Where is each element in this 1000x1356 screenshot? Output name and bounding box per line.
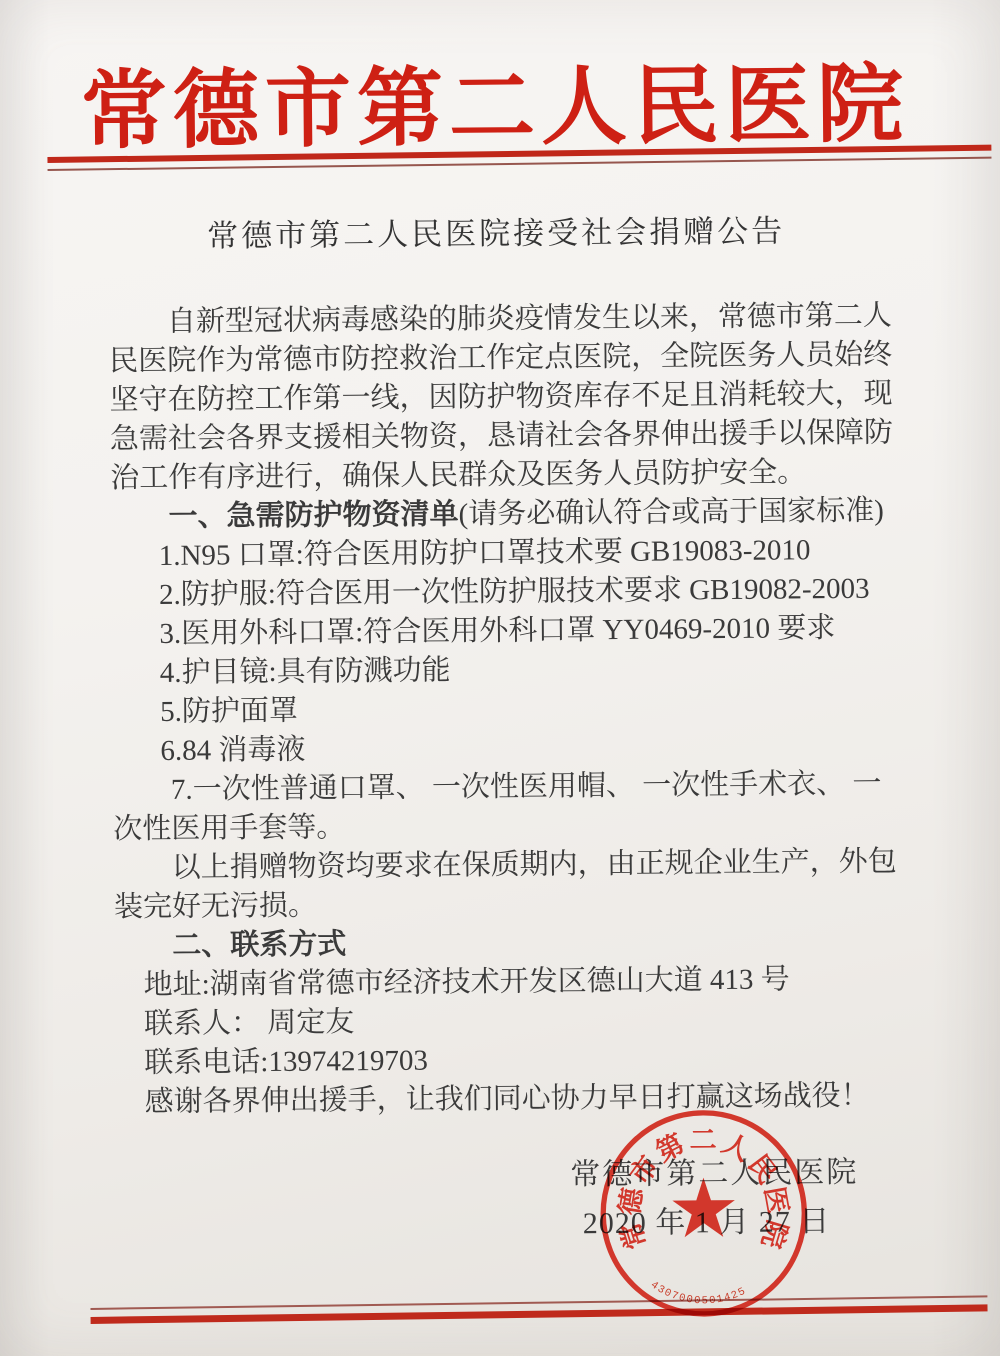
- quality-note-paragraph: 以上捐赠物资均要求在保质期内，由正规企业生产，外包装完好无污损。: [113, 843, 900, 928]
- contact-person: 联系人： 周定友: [115, 999, 901, 1045]
- supplies-heading-note: (请务必确认符合或高于国家标准): [458, 495, 884, 531]
- supply-item-goggles: 4.护目镜:具有防溅功能: [112, 648, 898, 694]
- intro-paragraph: 自新型冠状病毒感染的肺炎疫情发生以来，常德市第二人民医院作为常德市防控救治工作定…: [109, 297, 897, 499]
- svg-text:二: 二: [689, 1125, 716, 1155]
- supplies-heading-text: 一、急需防护物资清单: [168, 498, 458, 533]
- supply-item-disinfectant: 6.84 消毒液: [112, 726, 898, 772]
- supply-item-surgical-mask: 3.医用外科口罩:符合医用外科口罩 YY0469-2010 要求: [111, 609, 897, 655]
- document-content: 常德市第二人民医院 常德市第二人民医院接受社会捐赠公告 自新型冠状病毒感染的肺炎…: [0, 0, 1000, 1356]
- supply-item-disposables: 7.一次性普通口罩、 一次性医用帽、 一次性手术衣、 一次性医用手套等。: [113, 765, 900, 850]
- supplies-section-heading: 一、急需防护物资清单(请务必确认符合或高于国家标准): [110, 492, 896, 538]
- svg-text:德: 德: [614, 1185, 648, 1217]
- svg-text:民: 民: [742, 1149, 782, 1189]
- announcement-body: 自新型冠状病毒感染的肺炎疫情发生以来，常德市第二人民医院作为常德市防控救治工作定…: [109, 297, 902, 1123]
- svg-text:第: 第: [651, 1129, 689, 1168]
- svg-text:医: 医: [759, 1184, 793, 1216]
- seal-star-icon: [672, 1177, 735, 1237]
- contact-address: 地址:湖南省常德市经济技术开发区德山大道 413 号: [115, 960, 901, 1006]
- supply-item-protective-suit: 2.防护服:符合医用一次性防护服技术要求 GB19082-2003: [111, 570, 897, 616]
- official-seal: 常德市第二人民医院 4307000501425: [592, 1101, 820, 1335]
- supply-item-n95: 1.N95 口罩:符合医用防护口罩技术要 GB19083-2010: [111, 531, 897, 577]
- svg-text:常: 常: [615, 1218, 652, 1253]
- svg-text:院: 院: [756, 1217, 792, 1251]
- contact-section-heading: 二、联系方式: [114, 921, 900, 967]
- supply-item-face-shield: 5.防护面罩: [112, 687, 898, 733]
- announcement-title: 常德市第二人民医院接受社会捐赠公告: [0, 204, 996, 258]
- scanned-document-page: 常德市第二人民医院 常德市第二人民医院接受社会捐赠公告 自新型冠状病毒感染的肺炎…: [0, 0, 1000, 1356]
- contact-phone: 联系电话:13974219703: [115, 1038, 901, 1084]
